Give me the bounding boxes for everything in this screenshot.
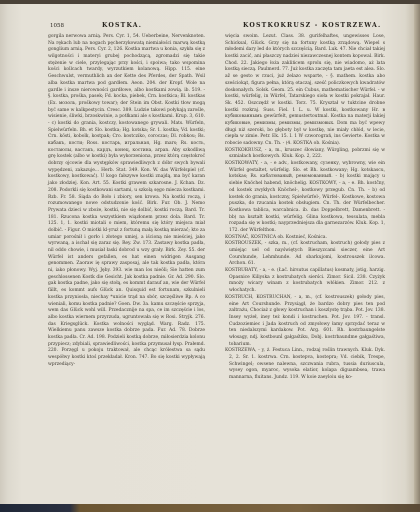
- right-running-head: KOSTKOKRUSZ - KOSTRZEWA.: [243, 22, 381, 29]
- left-column: gorgila nerwowa arnią. Pers. Cyr. 1, 54.…: [48, 34, 205, 368]
- page-number: 1058: [50, 23, 64, 29]
- entry-kostrouszek: KOSTROUSZEK, - szka, m., (cf. kostrucham…: [225, 241, 385, 268]
- entry-kostrzewa: KOSTRZEWA, - y, ż. Festuca Linn., rodzaj…: [225, 348, 385, 381]
- left-running-head: KOSTKA.: [102, 22, 142, 29]
- page-fore-edge: [414, 4, 420, 504]
- page-header: 1058 KOSTKA. KOSTKOKRUSZ - KOSTRZEWA.: [50, 22, 395, 34]
- dictionary-page: 1058 KOSTKA. KOSTKOKRUSZ - KOSTRZEWA. go…: [0, 4, 414, 504]
- entry-kostka-end: więcia swoim. Lezut. Class. 38. gurifelh…: [225, 34, 385, 148]
- entry-kostka-continued: gorgila nerwowa arnią. Pers. Cyr. 1, 54.…: [48, 34, 205, 368]
- entry-kostkokrusz: KOSTKOKRUSZ, - a, m., kruszec śłowiany, …: [225, 148, 385, 161]
- entry-kostruch: KOSTRUCH, KOSTRUCHAN, - a, m., (cf. kost…: [225, 295, 385, 349]
- entry-kostkowaty: KOSTKOWATY, - a, - e adv., kostkowany, с…: [225, 161, 385, 235]
- right-column: więcia swoim. Lezut. Class. 38. gurifelh…: [225, 34, 385, 382]
- entry-kostnac: KOSTNAĆ, KOSTNICA ob. Kostnieć, Kośnica.: [225, 235, 385, 242]
- scanner-bottom-edge: [0, 504, 420, 512]
- entry-kostrubaty: KOSTRUBATY, - a, - e. (Łać. hirsutus cap…: [225, 268, 385, 295]
